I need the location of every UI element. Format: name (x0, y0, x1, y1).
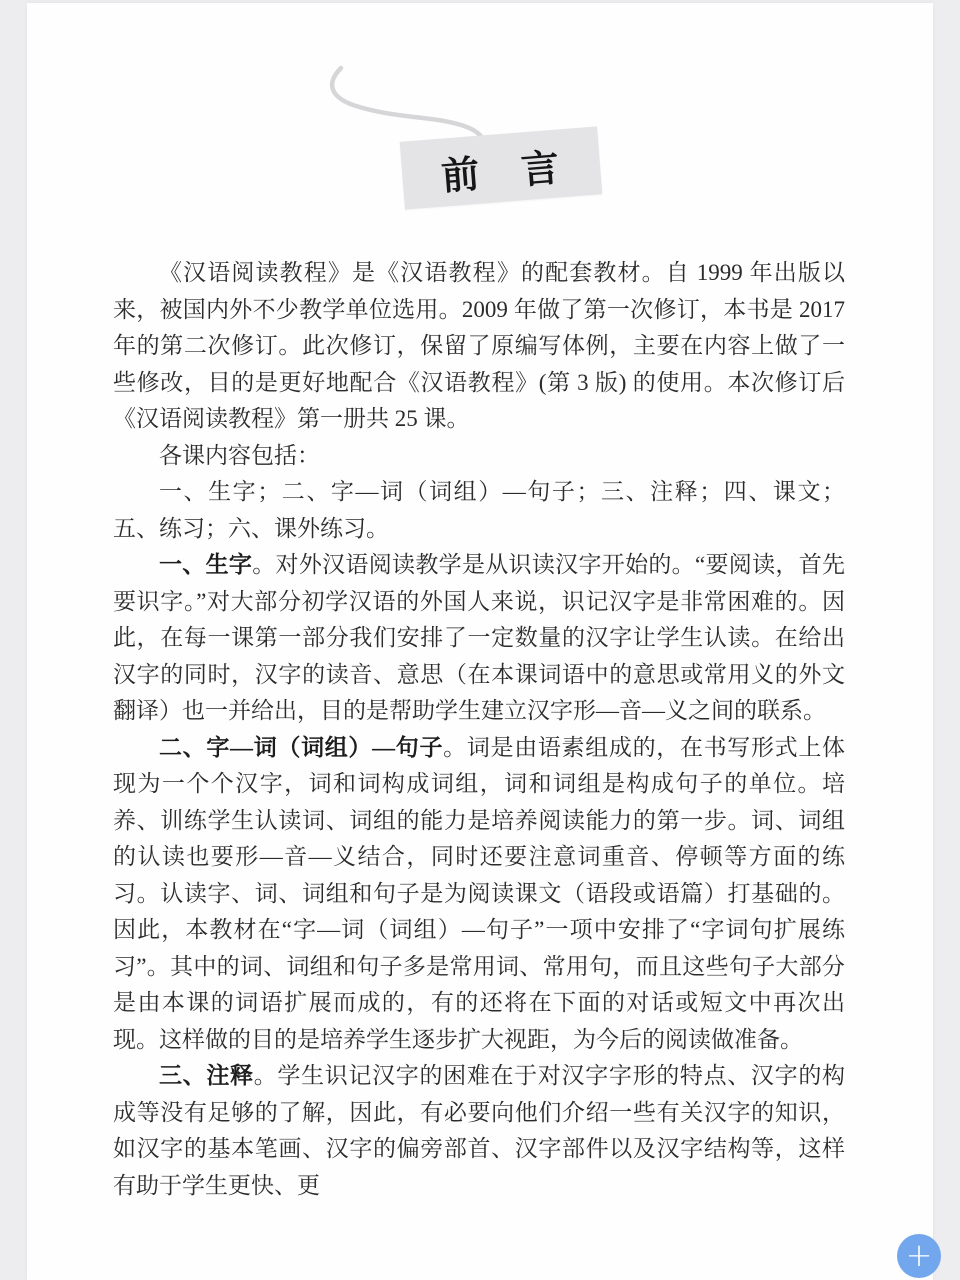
add-button[interactable]: + (897, 1234, 941, 1278)
paragraph-text: 各课内容包括： (159, 443, 320, 468)
paragraph-text: 。对外汉语阅读教学是从识读汉字开始的。“要阅读，首先要识字。”对大部分初学汉语的… (113, 552, 845, 723)
plus-icon: + (906, 1239, 933, 1271)
paragraph: 二、字—词（词组）—句子。词是由语素组成的，在书写形式上体现为一个个汉字，词和词… (113, 730, 845, 1059)
paragraph-lead: 二、字—词（词组）—句子 (159, 735, 443, 760)
document-viewer: 前 言 《汉语阅读教程》是《汉语教程》的配套教材。自 1999 年出版以来，被国… (0, 0, 960, 1280)
paragraph-lead: 三、注释 (159, 1063, 254, 1088)
paragraph-text: 《汉语阅读教程》是《汉语教程》的配套教材。自 1999 年出版以来，被国内外不少… (113, 260, 845, 431)
page-title: 前 言 (439, 136, 563, 200)
paragraph: 各课内容包括： (113, 438, 845, 475)
paragraph: 一、生字；二、字—词（词组）—句子；三、注释；四、课文；五、练习；六、课外练习。 (113, 474, 845, 547)
paragraph: 三、注释。学生识记汉字的困难在于对汉字字形的特点、汉字的构成等没有足够的了解，因… (113, 1058, 845, 1204)
paragraph-text: 。词是由语素组成的，在书写形式上体现为一个个汉字，词和词构成词组，词和词组是构成… (113, 735, 845, 1052)
paragraph: 一、生字。对外汉语阅读教学是从识读汉字开始的。“要阅读，首先要识字。”对大部分初… (113, 547, 845, 730)
paragraph-lead: 一、生字 (159, 552, 252, 577)
paragraph-text: 一、生字；二、字—词（词组）—句子；三、注释；四、课文；五、练习；六、课外练习。 (113, 479, 845, 541)
preface-body: 《汉语阅读教程》是《汉语教程》的配套教材。自 1999 年出版以来，被国内外不少… (113, 255, 845, 1204)
paragraph: 《汉语阅读教程》是《汉语教程》的配套教材。自 1999 年出版以来，被国内外不少… (113, 255, 845, 438)
